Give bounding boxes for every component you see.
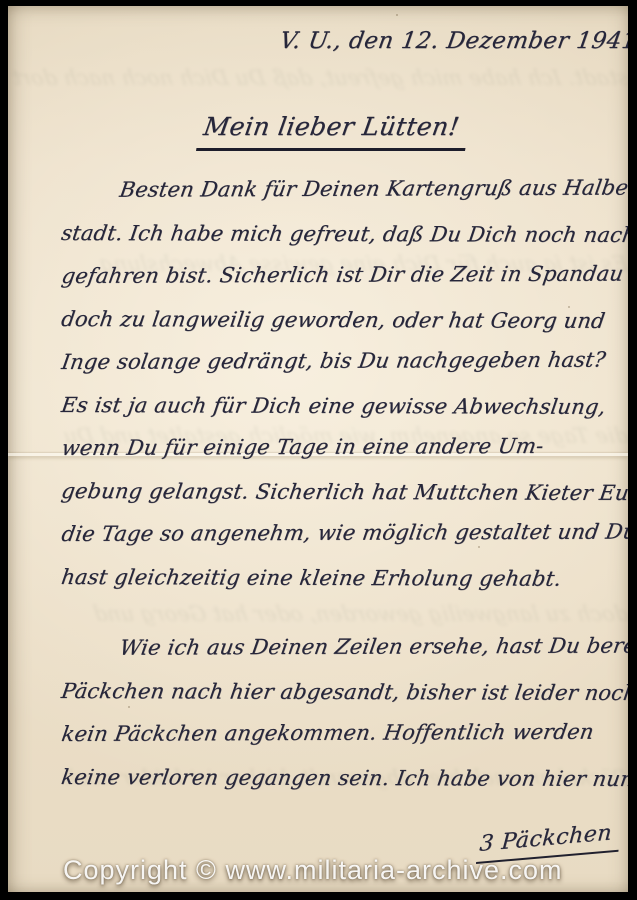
letter-line: hast gleichzeitig eine kleine Erholung g…: [57, 565, 623, 610]
letter-line: doch zu langweilig geworden, oder hat Ge…: [57, 307, 623, 352]
letter-salutation: Mein lieber Lütten!: [196, 112, 471, 151]
letter-paragraph-2: Wie ich aus Deinen Zeilen ersehe, hast D…: [57, 636, 617, 808]
letter-line: Wie ich aus Deinen Zeilen ersehe, hast D…: [57, 634, 624, 679]
copyright-watermark: Copyright © www.militaria-archive.com: [63, 855, 563, 886]
letter-line: wenn Du für einige Tage in eine andere U…: [57, 434, 624, 479]
letter-line: stadt. Ich habe mich gefreut, daß Du Dic…: [57, 221, 623, 266]
letter-line: gebung gelangst. Sicherlich hat Muttchen…: [57, 479, 623, 524]
paper-speck: [396, 14, 398, 16]
letter-line: keine verloren gegangen sein. Ich habe v…: [57, 765, 623, 810]
letter-line: Inge solange gedrängt, bis Du nachgegebe…: [57, 348, 624, 393]
letter-line: die Tage so angenehm, wie möglich gestal…: [57, 520, 624, 565]
letter-line: Es ist ja auch für Dich eine gewisse Abw…: [57, 393, 623, 438]
letter-dateline: V. U., den 12. Dezember 1941.: [278, 28, 628, 54]
scanned-letter-page: stadt. Ich habe mich gefreut, daß Du Dic…: [0, 0, 637, 900]
letter-line: Päckchen nach hier abgesandt, bisher ist…: [57, 679, 623, 724]
letter-paper: stadt. Ich habe mich gefreut, daß Du Dic…: [8, 6, 628, 892]
letter-line: kein Päckchen angekommen. Hoffentlich we…: [57, 720, 624, 765]
letter-line: gefahren bist. Sicherlich ist Dir die Ze…: [57, 262, 624, 307]
letter-line: Besten Dank für Deinen Kartengruß aus Ha…: [57, 176, 624, 221]
bleedthrough-ghost-text: stadt. Ich habe mich gefreut, daß Du Dic…: [26, 66, 628, 90]
letter-paragraph-1: Besten Dank für Deinen Kartengruß aus Ha…: [57, 178, 617, 608]
